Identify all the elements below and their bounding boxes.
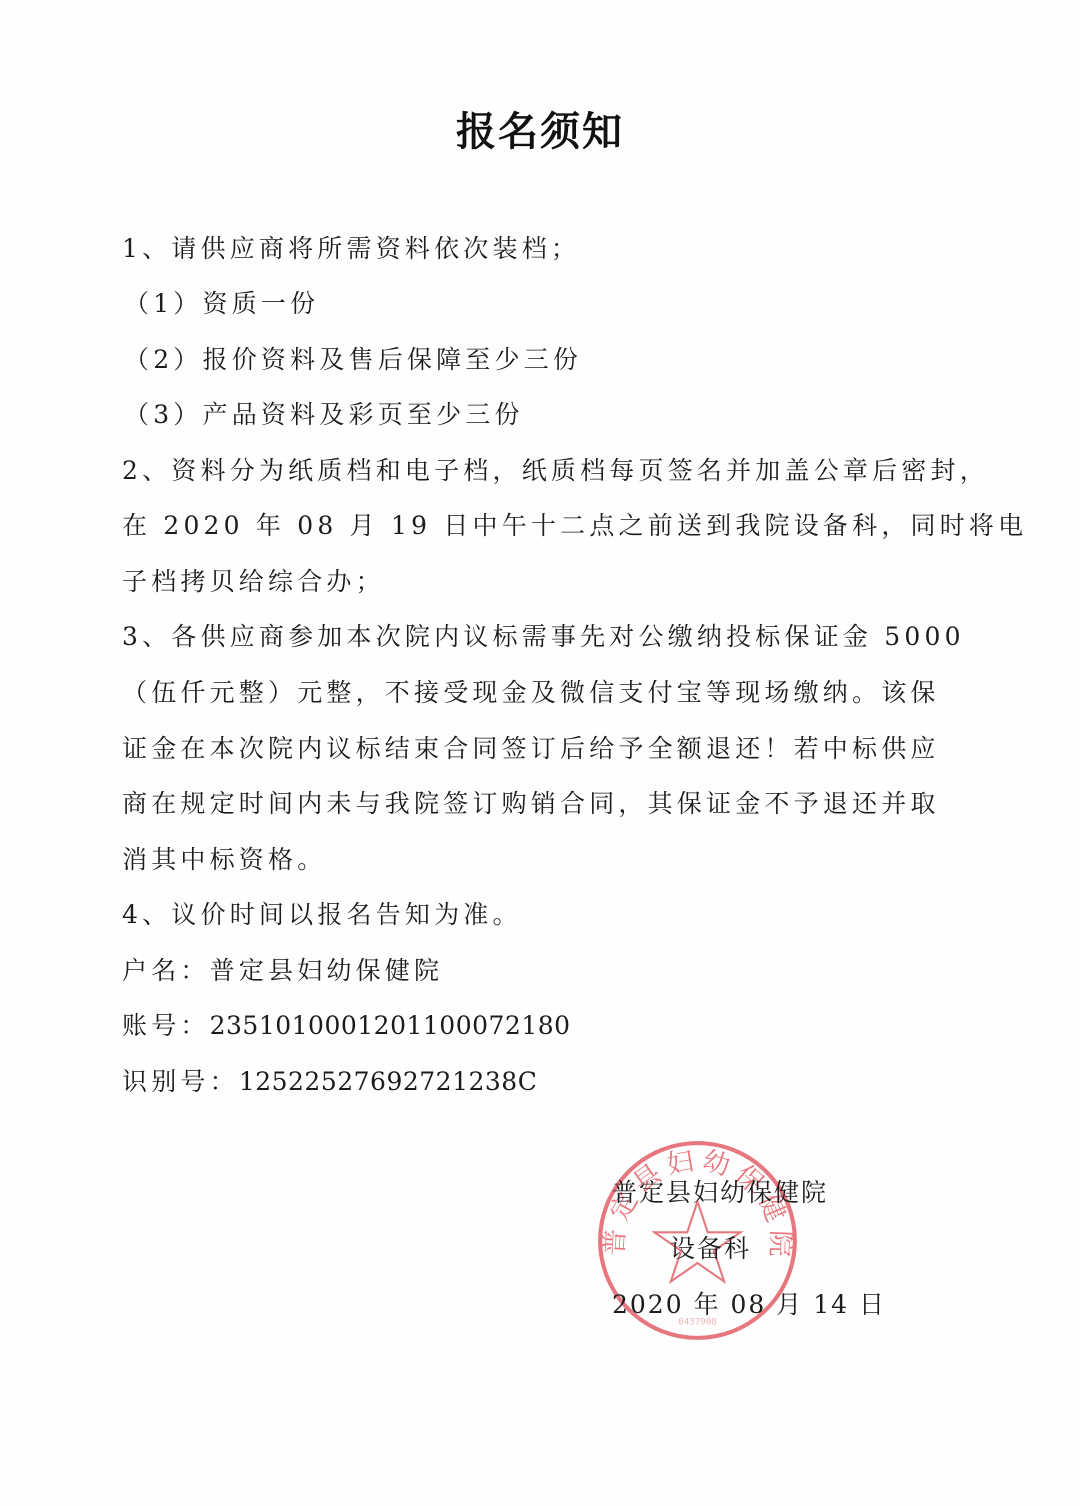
tax-id-row: 识别号：12522527692721238C [122, 1067, 537, 1097]
tax-id-label: 识别号： [122, 1067, 239, 1096]
account-name-label: 户名： [122, 956, 210, 985]
item-3-line-3: 证金在本次院内议标结束合同签订后给予全额退还！若中标供应 [122, 734, 940, 764]
account-number-row: 账号：2351010001201100072180 [122, 1011, 571, 1041]
account-name-value: 普定县妇幼保健院 [210, 956, 444, 985]
item-3-line-1: 3、各供应商参加本次院内议标需事先对公缴纳投标保证金 5000 [122, 622, 965, 652]
document-page: 报名须知 1、请供应商将所需资料依次装档； （1）资质一份 （2）报价资料及售后… [0, 0, 1080, 1506]
item-4: 4、议价时间以报名告知为准。 [122, 900, 522, 930]
account-number-value: 2351010001201100072180 [210, 1011, 571, 1040]
signature-department: 设备科 [670, 1234, 751, 1264]
signature-date: 2020 年 08 月 14 日 [612, 1290, 886, 1320]
account-number-label: 账号： [122, 1011, 210, 1040]
sub-item-2: （2）报价资料及售后保障至少三份 [124, 345, 582, 375]
item-3-line-5: 消其中标资格。 [122, 845, 326, 875]
item-2-line-1: 2、资料分为纸质档和电子档，纸质档每页签名并加盖公章后密封， [122, 456, 989, 486]
sub-item-3: （3）产品资料及彩页至少三份 [124, 400, 524, 430]
tax-id-value: 12522527692721238C [239, 1067, 538, 1096]
signature-organization: 普定县妇幼保健院 [612, 1178, 828, 1208]
item-2-line-2: 在 2020 年 08 月 19 日中午十二点之前送到我院设备科，同时将电 [122, 511, 1027, 541]
item-1: 1、请供应商将所需资料依次装档； [122, 234, 580, 264]
sub-item-1: （1）资质一份 [124, 289, 319, 319]
item-3-line-2: （伍仟元整）元整，不接受现金及微信支付宝等现场缴纳。该保 [122, 678, 940, 708]
item-2-line-3: 子档拷贝给综合办； [122, 567, 385, 597]
document-title: 报名须知 [0, 100, 1080, 157]
account-name-row: 户名：普定县妇幼保健院 [122, 956, 443, 986]
item-3-line-4: 商在规定时间内未与我院签订购销合同，其保证金不予退还并取 [122, 789, 940, 819]
